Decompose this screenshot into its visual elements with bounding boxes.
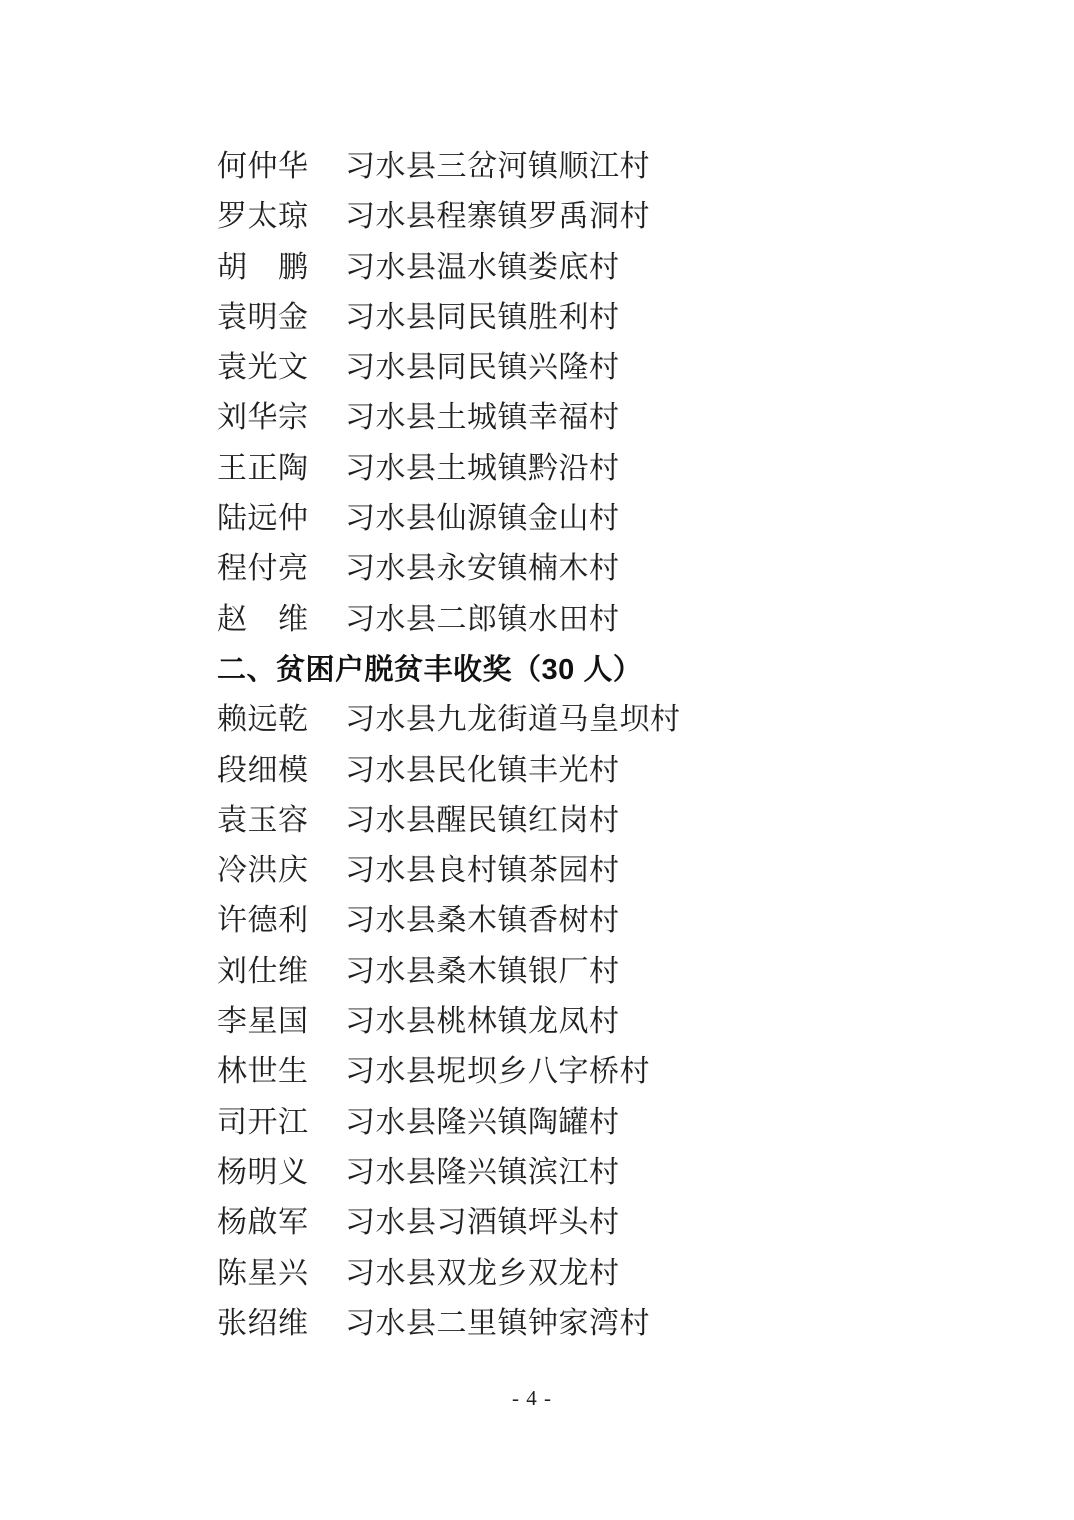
recipient-name: 刘华宗 [217, 393, 309, 443]
recipient-village: 习水县土城镇幸福村 [345, 393, 620, 443]
recipient-name: 陆远仲 [217, 494, 309, 544]
award-entry-row: 何仲华 习水县三岔河镇顺江村 [217, 142, 937, 192]
recipient-name: 赵 维 [217, 595, 309, 645]
award-entry-row: 杨啟军 习水县习酒镇坪头村 [217, 1198, 937, 1248]
recipient-name: 程付亮 [217, 544, 309, 594]
recipient-village: 习水县三岔河镇顺江村 [345, 142, 650, 192]
recipient-village: 习水县仙源镇金山村 [345, 494, 620, 544]
award-entry-row: 袁光文 习水县同民镇兴隆村 [217, 343, 937, 393]
recipient-name: 胡 鹏 [217, 243, 309, 293]
award-entry-row: 胡 鹏 习水县温水镇娄底村 [217, 243, 937, 293]
recipient-name: 陈星兴 [217, 1249, 309, 1299]
page-number: - 4 - [512, 1386, 552, 1410]
award-entry-row: 林世生 习水县坭坝乡八字桥村 [217, 1047, 937, 1097]
award-entry-row: 袁玉容 习水县醒民镇红岗村 [217, 796, 937, 846]
recipient-name: 段细模 [217, 746, 309, 796]
recipient-name: 袁明金 [217, 293, 309, 343]
recipient-name: 袁玉容 [217, 796, 309, 846]
award-entry-row: 杨明义 习水县隆兴镇滨江村 [217, 1148, 937, 1198]
award-entry-row: 袁明金 习水县同民镇胜利村 [217, 293, 937, 343]
award-recipient-list: 何仲华 习水县三岔河镇顺江村 罗太琼 习水县程寨镇罗禹洞村 胡 鹏 习水县温水镇… [217, 142, 937, 1349]
recipient-village: 习水县同民镇胜利村 [345, 293, 620, 343]
recipient-village: 习水县二里镇钟家湾村 [345, 1299, 650, 1349]
recipient-village: 习水县桑木镇银厂村 [345, 947, 620, 997]
award-entry-row: 陆远仲 习水县仙源镇金山村 [217, 494, 937, 544]
recipient-village: 习水县良村镇茶园村 [345, 846, 620, 896]
recipient-village: 习水县同民镇兴隆村 [345, 343, 620, 393]
award-entry-row: 段细模 习水县民化镇丰光村 [217, 746, 937, 796]
recipient-name: 许德利 [217, 896, 309, 946]
award-entry-row: 张绍维 习水县二里镇钟家湾村 [217, 1299, 937, 1349]
recipient-village: 习水县坭坝乡八字桥村 [345, 1047, 650, 1097]
award-entry-row: 刘华宗 习水县土城镇幸福村 [217, 393, 937, 443]
recipient-name: 赖远乾 [217, 695, 309, 745]
recipient-village: 习水县永安镇楠木村 [345, 544, 620, 594]
recipient-name: 何仲华 [217, 142, 309, 192]
recipient-name: 司开江 [217, 1098, 309, 1148]
recipient-village: 习水县二郎镇水田村 [345, 595, 620, 645]
award-entry-row: 许德利 习水县桑木镇香树村 [217, 896, 937, 946]
recipient-name: 刘仕维 [217, 947, 309, 997]
award-entry-row: 罗太琼 习水县程寨镇罗禹洞村 [217, 192, 937, 242]
award-entry-row: 王正陶 习水县土城镇黔沿村 [217, 444, 937, 494]
recipient-village: 习水县习酒镇坪头村 [345, 1198, 620, 1248]
recipient-name: 李星国 [217, 997, 309, 1047]
recipient-name: 袁光文 [217, 343, 309, 393]
recipient-village: 习水县九龙街道马皇坝村 [345, 695, 681, 745]
award-entry-row: 冷洪庆 习水县良村镇茶园村 [217, 846, 937, 896]
recipient-village: 习水县隆兴镇滨江村 [345, 1148, 620, 1198]
award-entry-row: 陈星兴 习水县双龙乡双龙村 [217, 1249, 937, 1299]
page-footer: - 4 - [0, 1386, 1064, 1411]
award-entry-row: 赵 维 习水县二郎镇水田村 [217, 595, 937, 645]
award-entry-row: 司开江 习水县隆兴镇陶罐村 [217, 1098, 937, 1148]
recipient-village: 习水县醒民镇红岗村 [345, 796, 620, 846]
recipient-village: 习水县土城镇黔沿村 [345, 444, 620, 494]
recipient-village: 习水县民化镇丰光村 [345, 746, 620, 796]
recipient-name: 杨啟军 [217, 1198, 309, 1248]
recipient-village: 习水县隆兴镇陶罐村 [345, 1098, 620, 1148]
award-entry-row: 程付亮 习水县永安镇楠木村 [217, 544, 937, 594]
recipient-name: 罗太琼 [217, 192, 309, 242]
award-entry-row: 刘仕维 习水县桑木镇银厂村 [217, 947, 937, 997]
award-entry-row: 李星国 习水县桃林镇龙凤村 [217, 997, 937, 1047]
recipient-village: 习水县双龙乡双龙村 [345, 1249, 620, 1299]
recipient-name: 冷洪庆 [217, 846, 309, 896]
recipient-name: 张绍维 [217, 1299, 309, 1349]
recipient-village: 习水县桑木镇香树村 [345, 896, 620, 946]
document-page: 何仲华 习水县三岔河镇顺江村 罗太琼 习水县程寨镇罗禹洞村 胡 鹏 习水县温水镇… [0, 0, 1074, 1520]
recipient-village: 习水县温水镇娄底村 [345, 243, 620, 293]
recipient-name: 王正陶 [217, 444, 309, 494]
recipient-village: 习水县程寨镇罗禹洞村 [345, 192, 650, 242]
award-entry-row: 赖远乾 习水县九龙街道马皇坝村 [217, 695, 937, 745]
section-heading: 二、贫困户脱贫丰收奖（30 人） [217, 645, 937, 695]
recipient-village: 习水县桃林镇龙凤村 [345, 997, 620, 1047]
recipient-name: 杨明义 [217, 1148, 309, 1198]
recipient-name: 林世生 [217, 1047, 309, 1097]
